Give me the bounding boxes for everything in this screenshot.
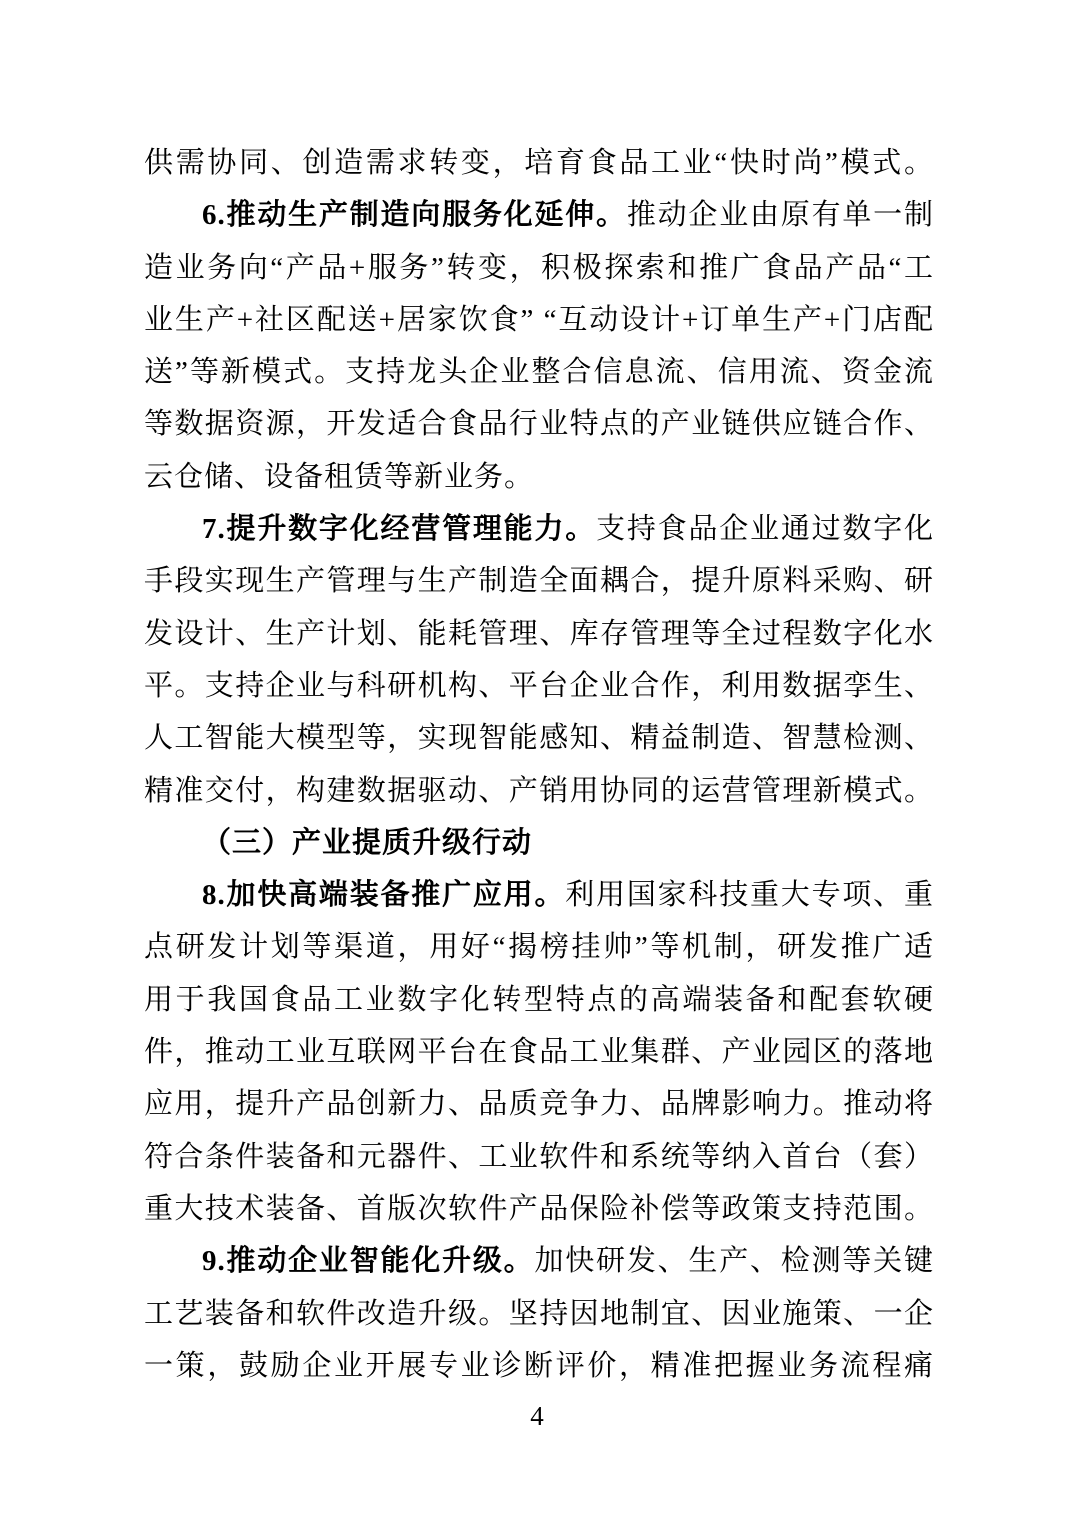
text-line: 送”等新模式。支持龙头企业整合信息流、信用流、资金流	[144, 346, 934, 398]
document-body: 供需协同、创造需求转变，培育食品工业“快时尚”模式。6.推动生产制造向服务化延伸…	[144, 137, 934, 1392]
text-line: 平。支持企业与科研机构、平台企业合作，利用数据孪生、	[144, 660, 934, 712]
text-run: 平。支持企业与科研机构、平台企业合作，利用数据孪生、	[144, 670, 934, 702]
bold-run: 8.加快高端装备推广应用。	[202, 879, 565, 911]
text-run: 用于我国食品工业数字化转型特点的高端装备和配套软硬	[144, 984, 934, 1016]
text-run: 支持食品企业通过数字化	[596, 513, 934, 545]
text-run: 点研发计划等渠道，用好“揭榜挂帅”等机制，研发推广适	[144, 931, 934, 963]
text-line: 7.提升数字化经营管理能力。支持食品企业通过数字化	[144, 503, 934, 555]
text-run: 加快研发、生产、检测等关键	[534, 1245, 934, 1277]
text-line: （三）产业提质升级行动	[144, 817, 934, 869]
bold-run: 7.提升数字化经营管理能力。	[202, 513, 596, 545]
bold-run: （三）产业提质升级行动	[202, 827, 532, 859]
text-line: 6.推动生产制造向服务化延伸。推动企业由原有单一制	[144, 189, 934, 241]
text-run: 云仓储、设备租赁等新业务。	[144, 461, 534, 493]
item-9-intelligent-upgrade: 9.推动企业智能化升级。加快研发、生产、检测等关键工艺装备和软件改造升级。坚持因…	[144, 1235, 934, 1392]
text-run: 应用，提升产品创新力、品质竞争力、品牌影响力。推动将	[144, 1088, 934, 1120]
item-6-service-extension: 6.推动生产制造向服务化延伸。推动企业由原有单一制造业务向“产品+服务”转变，积…	[144, 189, 934, 503]
text-run: 等数据资源，开发适合食品行业特点的产业链供应链合作、	[144, 408, 934, 440]
text-line: 供需协同、创造需求转变，培育食品工业“快时尚”模式。	[144, 137, 934, 189]
text-run: 件，推动工业互联网平台在食品工业集群、产业园区的落地	[144, 1036, 934, 1068]
text-run: 符合条件装备和元器件、工业软件和系统等纳入首台（套）	[144, 1141, 934, 1173]
text-line: 一策，鼓励企业开展专业诊断评价，精准把握业务流程痛点，	[144, 1340, 934, 1392]
page-number: 4	[530, 1401, 544, 1431]
text-line: 手段实现生产管理与生产制造全面耦合，提升原料采购、研	[144, 555, 934, 607]
text-line: 件，推动工业互联网平台在食品工业集群、产业园区的落地	[144, 1026, 934, 1078]
text-run: 发设计、生产计划、能耗管理、库存管理等全过程数字化水	[144, 618, 934, 650]
text-run: 重大技术装备、首版次软件产品保险补偿等政策支持范围。	[144, 1193, 934, 1225]
section-heading-three: （三）产业提质升级行动	[144, 817, 934, 869]
text-run: 业生产+社区配送+居家饮食” “互动设计+订单生产+门店配	[144, 304, 934, 336]
text-run: 人工智能大模型等，实现智能感知、精益制造、智慧检测、	[144, 722, 934, 754]
text-line: 应用，提升产品创新力、品质竞争力、品牌影响力。推动将	[144, 1078, 934, 1130]
text-line: 符合条件装备和元器件、工业软件和系统等纳入首台（套）	[144, 1131, 934, 1183]
text-line: 工艺装备和软件改造升级。坚持因地制宜、因业施策、一企	[144, 1288, 934, 1340]
text-line: 用于我国食品工业数字化转型特点的高端装备和配套软硬	[144, 974, 934, 1026]
text-line: 人工智能大模型等，实现智能感知、精益制造、智慧检测、	[144, 712, 934, 764]
text-run: 造业务向“产品+服务”转变，积极探索和推广食品产品“工	[144, 252, 934, 284]
text-line: 发设计、生产计划、能耗管理、库存管理等全过程数字化水	[144, 608, 934, 660]
bold-run: 6.推动生产制造向服务化延伸。	[202, 199, 627, 231]
text-line: 云仓储、设备租赁等新业务。	[144, 451, 934, 503]
text-run: 利用国家科技重大专项、重	[565, 879, 934, 911]
text-run: 推动企业由原有单一制	[627, 199, 934, 231]
text-line: 造业务向“产品+服务”转变，积极探索和推广食品产品“工	[144, 242, 934, 294]
text-run: 工艺装备和软件改造升级。坚持因地制宜、因业施策、一企	[144, 1298, 934, 1330]
text-line: 9.推动企业智能化升级。加快研发、生产、检测等关键	[144, 1235, 934, 1287]
text-line: 重大技术装备、首版次软件产品保险补偿等政策支持范围。	[144, 1183, 934, 1235]
para-continued-from-previous-page: 供需协同、创造需求转变，培育食品工业“快时尚”模式。	[144, 137, 934, 189]
document-page: 供需协同、创造需求转变，培育食品工业“快时尚”模式。6.推动生产制造向服务化延伸…	[0, 0, 1074, 1520]
text-line: 点研发计划等渠道，用好“揭榜挂帅”等机制，研发推广适	[144, 921, 934, 973]
text-line: 精准交付，构建数据驱动、产销用协同的运营管理新模式。	[144, 765, 934, 817]
text-run: 送”等新模式。支持龙头企业整合信息流、信用流、资金流	[144, 356, 934, 388]
text-run: 精准交付，构建数据驱动、产销用协同的运营管理新模式。	[144, 775, 934, 807]
page-footer: 4	[0, 1398, 1074, 1434]
text-run: 手段实现生产管理与生产制造全面耦合，提升原料采购、研	[144, 565, 934, 597]
text-line: 8.加快高端装备推广应用。利用国家科技重大专项、重	[144, 869, 934, 921]
text-run: 供需协同、创造需求转变，培育食品工业“快时尚”模式。	[144, 147, 934, 179]
bold-run: 9.推动企业智能化升级。	[202, 1245, 534, 1277]
text-line: 等数据资源，开发适合食品行业特点的产业链供应链合作、	[144, 398, 934, 450]
item-7-digital-management: 7.提升数字化经营管理能力。支持食品企业通过数字化手段实现生产管理与生产制造全面…	[144, 503, 934, 817]
text-run: 一策，鼓励企业开展专业诊断评价，精准把握业务流程痛点，	[144, 1350, 934, 1392]
item-8-high-end-equipment: 8.加快高端装备推广应用。利用国家科技重大专项、重点研发计划等渠道，用好“揭榜挂…	[144, 869, 934, 1235]
text-line: 业生产+社区配送+居家饮食” “互动设计+订单生产+门店配	[144, 294, 934, 346]
